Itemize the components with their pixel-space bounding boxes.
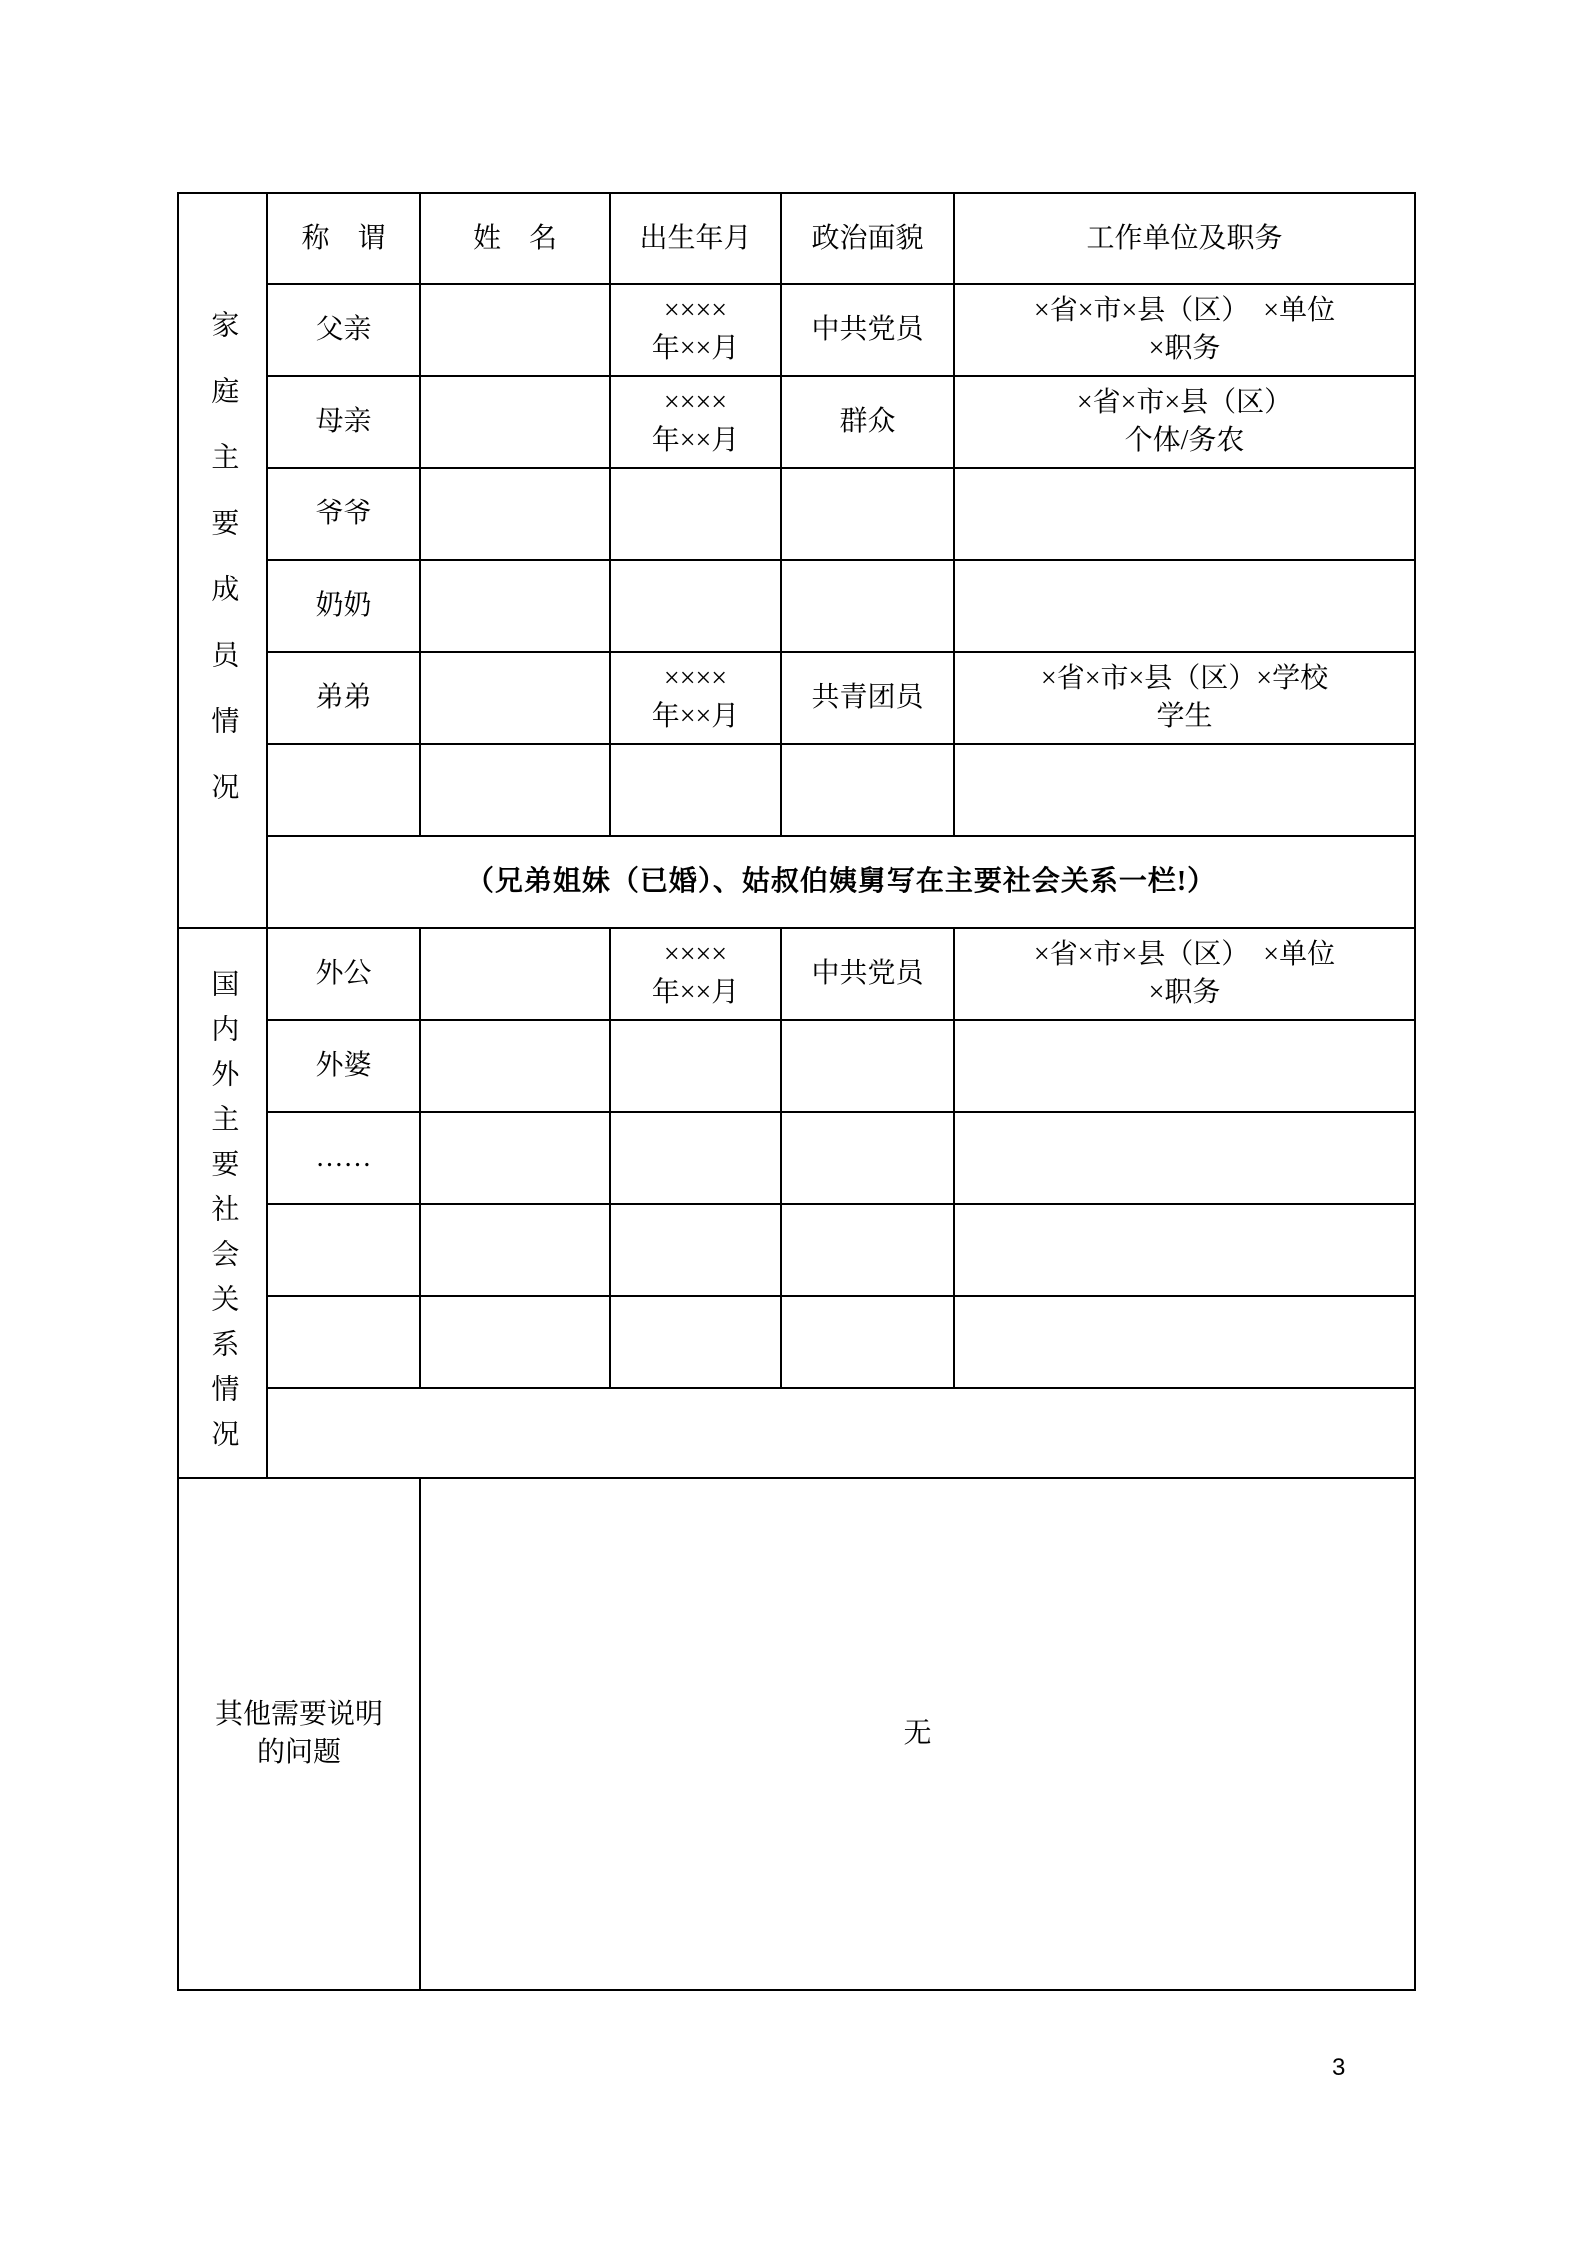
cell-title (267, 744, 420, 836)
cell-political (781, 468, 954, 560)
cell-name (420, 376, 610, 468)
cell-political: 共青团员 (781, 652, 954, 744)
cell-title: 弟弟 (267, 652, 420, 744)
table-row-fullwidth-empty (178, 1388, 1415, 1477)
header-cell-work: 工作单位及职务 (954, 193, 1415, 284)
cell-birth (610, 744, 781, 836)
cell-title: 外婆 (267, 1020, 420, 1112)
cell-name (420, 928, 610, 1020)
cell-political (781, 1204, 954, 1296)
cell-political: 中共党员 (781, 284, 954, 376)
table-row-maternal-grandmother: 外婆 (178, 1020, 1415, 1112)
cell-title: 母亲 (267, 376, 420, 468)
cell-work: ×省×市×县（区） ×单位 ×职务 (954, 284, 1415, 376)
note-row: （兄弟姐妹（已婚）、姑叔伯姨舅写在主要社会关系一栏!） (178, 836, 1415, 928)
cell-work (954, 468, 1415, 560)
cell-name (420, 1020, 610, 1112)
cell-birth: ×××× 年××月 (610, 928, 781, 1020)
cell-political: 中共党员 (781, 928, 954, 1020)
cell-political (781, 560, 954, 652)
cell-name (420, 1296, 610, 1388)
empty-wide-cell (267, 1388, 1415, 1477)
cell-work (954, 1112, 1415, 1204)
cell-title: 奶奶 (267, 560, 420, 652)
cell-work (954, 1204, 1415, 1296)
cell-title: 父亲 (267, 284, 420, 376)
table-row-empty (178, 744, 1415, 836)
cell-birth: ×××× 年××月 (610, 652, 781, 744)
cell-title: …… (267, 1112, 420, 1204)
cell-name (420, 560, 610, 652)
note-text: （兄弟姐妹（已婚）、姑叔伯姨舅写在主要社会关系一栏!） (267, 836, 1415, 928)
table-row-empty (178, 1296, 1415, 1388)
table-row-father: 父亲 ×××× 年××月 中共党员 ×省×市×县（区） ×单位 ×职务 (178, 284, 1415, 376)
table-row-ellipsis: …… (178, 1112, 1415, 1204)
social-section-side-label: 国内外主要社会关系情况 (204, 969, 242, 1464)
page-number: 3 (1332, 2054, 1345, 2082)
header-cell-name: 姓 名 (420, 193, 610, 284)
cell-title: 爷爷 (267, 468, 420, 560)
cell-birth (610, 468, 781, 560)
family-section-side-header: 家庭主要成员情况 (178, 193, 267, 928)
family-section-side-label: 家庭主要成员情况 (204, 310, 242, 838)
cell-name (420, 468, 610, 560)
document-page: 家庭主要成员情况 称 谓 姓 名 出生年月 政治面貌 工作单位及职务 父亲 ××… (0, 0, 1587, 2245)
table-row-grandfather: 爷爷 (178, 468, 1415, 560)
table-row-grandmother: 奶奶 (178, 560, 1415, 652)
cell-name (420, 1204, 610, 1296)
cell-work (954, 744, 1415, 836)
cell-work (954, 1020, 1415, 1112)
social-section-side-header: 国内外主要社会关系情况 (178, 928, 267, 1478)
other-remarks-label: 其他需要说明 的问题 (178, 1478, 420, 1990)
cell-work (954, 560, 1415, 652)
cell-birth (610, 1296, 781, 1388)
table-row-empty (178, 1204, 1415, 1296)
cell-birth (610, 560, 781, 652)
table-row-mother: 母亲 ×××× 年××月 群众 ×省×市×县（区） 个体/务农 (178, 376, 1415, 468)
cell-political: 群众 (781, 376, 954, 468)
cell-name (420, 652, 610, 744)
cell-name (420, 744, 610, 836)
other-remarks-content: 无 (420, 1478, 1415, 1990)
cell-name (420, 1112, 610, 1204)
cell-work: ×省×市×县（区） 个体/务农 (954, 376, 1415, 468)
header-cell-political: 政治面貌 (781, 193, 954, 284)
cell-birth: ×××× 年××月 (610, 376, 781, 468)
cell-political (781, 1020, 954, 1112)
cell-work: ×省×市×县（区） ×单位 ×职务 (954, 928, 1415, 1020)
cell-title (267, 1204, 420, 1296)
table-row-brother: 弟弟 ×××× 年××月 共青团员 ×省×市×县（区）×学校 学生 (178, 652, 1415, 744)
cell-birth (610, 1204, 781, 1296)
cell-political (781, 1112, 954, 1204)
cell-birth (610, 1020, 781, 1112)
cell-name (420, 284, 610, 376)
cell-title (267, 1296, 420, 1388)
table-row-maternal-grandfather: 国内外主要社会关系情况 外公 ×××× 年××月 中共党员 ×省×市×县（区） … (178, 928, 1415, 1020)
cell-work (954, 1296, 1415, 1388)
cell-political (781, 744, 954, 836)
table-header-row: 家庭主要成员情况 称 谓 姓 名 出生年月 政治面貌 工作单位及职务 (178, 193, 1415, 284)
cell-birth (610, 1112, 781, 1204)
cell-work: ×省×市×县（区）×学校 学生 (954, 652, 1415, 744)
family-relations-form-table: 家庭主要成员情况 称 谓 姓 名 出生年月 政治面貌 工作单位及职务 父亲 ××… (177, 192, 1416, 1991)
cell-political (781, 1296, 954, 1388)
cell-birth: ×××× 年××月 (610, 284, 781, 376)
header-cell-birth: 出生年月 (610, 193, 781, 284)
cell-title: 外公 (267, 928, 420, 1020)
header-cell-title: 称 谓 (267, 193, 420, 284)
other-remarks-row: 其他需要说明 的问题 无 (178, 1478, 1415, 1990)
